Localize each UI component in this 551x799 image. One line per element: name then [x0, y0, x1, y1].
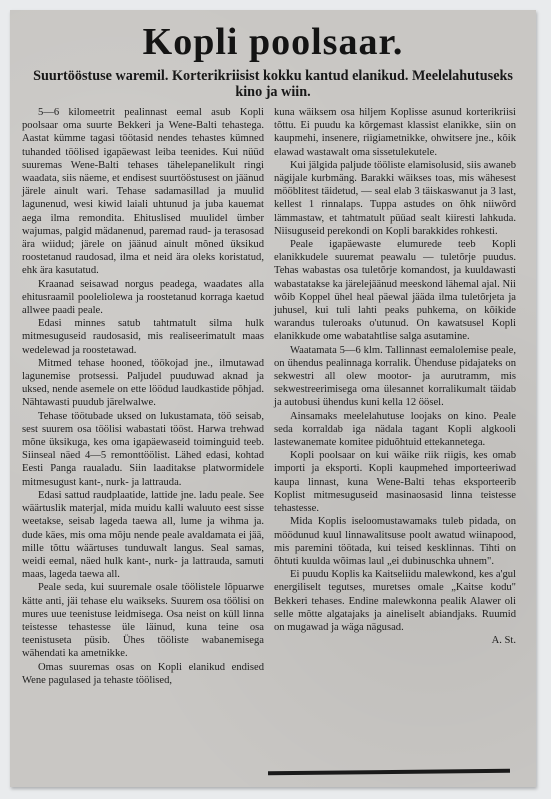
paragraph: Omas suuremas osas on Kopli elanikud end…: [22, 661, 264, 687]
paragraph: Kui jälgida paljude tööliste elamisolusi…: [274, 159, 516, 238]
paragraph: Kopli poolsaar on kui wäike riik riigis,…: [274, 449, 516, 515]
right-column: kuna wäiksem osa hiljem Koplisse asunud …: [274, 106, 516, 647]
paragraph: Edasi sattud raudplaatide, lattide jne. …: [22, 489, 264, 581]
left-column: 5—6 kilomeetrit pealinnast eemal asub Ko…: [22, 106, 264, 687]
paragraph: Waatamata 5—6 klm. Tallinnast eemalolemi…: [274, 344, 516, 410]
paragraph: Tehase töötubade uksed on lukustamata, t…: [22, 410, 264, 489]
end-rule: [268, 769, 510, 776]
paragraph: kuna wäiksem osa hiljem Koplisse asunud …: [274, 106, 516, 159]
paragraph: Edasi minnes satub tahtmatult silma hulk…: [22, 317, 264, 357]
paragraph: Peale igapäewaste elumurede teeb Kopli e…: [274, 238, 516, 344]
paragraph: Ei puudu Koplis ka Kaitseliidu malewkond…: [274, 568, 516, 634]
paragraph: Ainsamaks meelelahutuse loojaks on kino.…: [274, 410, 516, 450]
paragraph: Peale seda, kui suuremale osale tööliste…: [22, 581, 264, 660]
article-title: Kopli poolsaar.: [10, 20, 536, 64]
paragraph: 5—6 kilomeetrit pealinnast eemal asub Ko…: [22, 106, 264, 278]
paragraph: Mida Koplis iseloomustawamaks tuleb pida…: [274, 515, 516, 568]
newspaper-clipping: Kopli poolsaar. Suurtööstuse waremil. Ko…: [10, 10, 536, 787]
paragraph: Kraanad seisawad norgus peadega, waadate…: [22, 278, 264, 318]
article-subtitle: Suurtööstuse waremil. Korterikriisist ko…: [24, 68, 522, 100]
author-signature: A. St.: [274, 634, 516, 647]
paragraph: Mitmed tehase hooned, töökojad jne., ilm…: [22, 357, 264, 410]
